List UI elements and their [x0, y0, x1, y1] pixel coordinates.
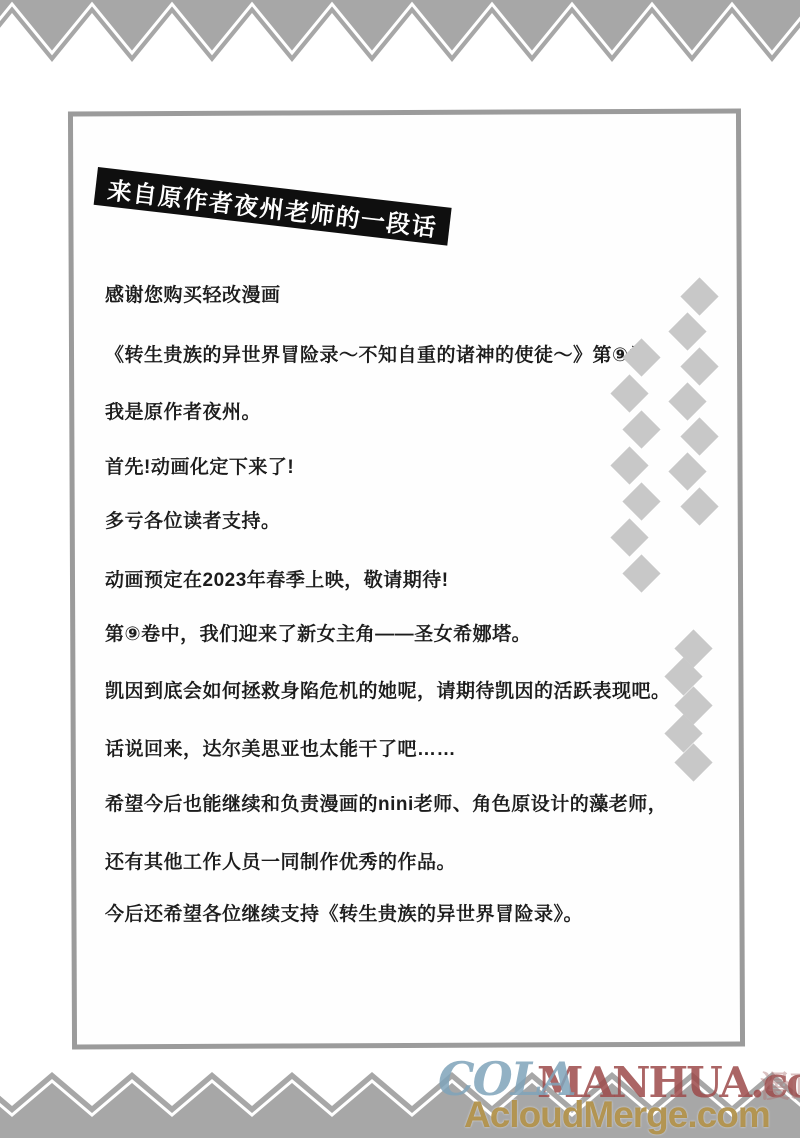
letter-line-8: 凯因到底会如何拯救身陷危机的她呢，请期待凯因的活跃表现吧。	[105, 676, 671, 703]
letter-line-4: 首先!动画化定下来了!	[105, 452, 294, 479]
ghost-watermark: 漫画	[760, 1072, 796, 1103]
letter-line-9: 话说回来，达尔美思亚也太能干了吧……	[105, 734, 456, 761]
letter-line-3: 我是原作者夜州。	[105, 397, 261, 424]
manga-afterword-page: 来自原作者夜州老师的一段话 感谢您购买轻改漫画 《转生贵族的异世界冒险录～不知自…	[0, 0, 800, 1138]
letter-line-7: 第⑨卷中，我们迎来了新女主角——圣女希娜塔。	[105, 619, 531, 646]
letter-line-11: 还有其他工作人员一同制作优秀的作品。	[105, 847, 456, 874]
letter-line-10: 希望今后也能继续和负责漫画的nini老师、角色原设计的藻老师，	[105, 789, 667, 816]
top-zigzag-border	[0, 0, 800, 100]
top-zigzag-fill	[0, 0, 800, 62]
letter-line-1: 感谢您购买轻改漫画	[105, 280, 281, 307]
letter-line-5: 多亏各位读者支持。	[105, 506, 281, 533]
letter-line-2: 《转生贵族的异世界冒险录～不知自重的诸神的使徒～》第⑨卷。	[105, 340, 668, 367]
letter-line-12: 今后还希望各位继续支持《转生贵族的异世界冒险录》。	[105, 899, 583, 926]
watermark-acloudmerge: AcloudMerge.com	[464, 1094, 770, 1136]
letter-line-6: 动画预定在2023年春季上映，敬请期待!	[105, 565, 449, 592]
